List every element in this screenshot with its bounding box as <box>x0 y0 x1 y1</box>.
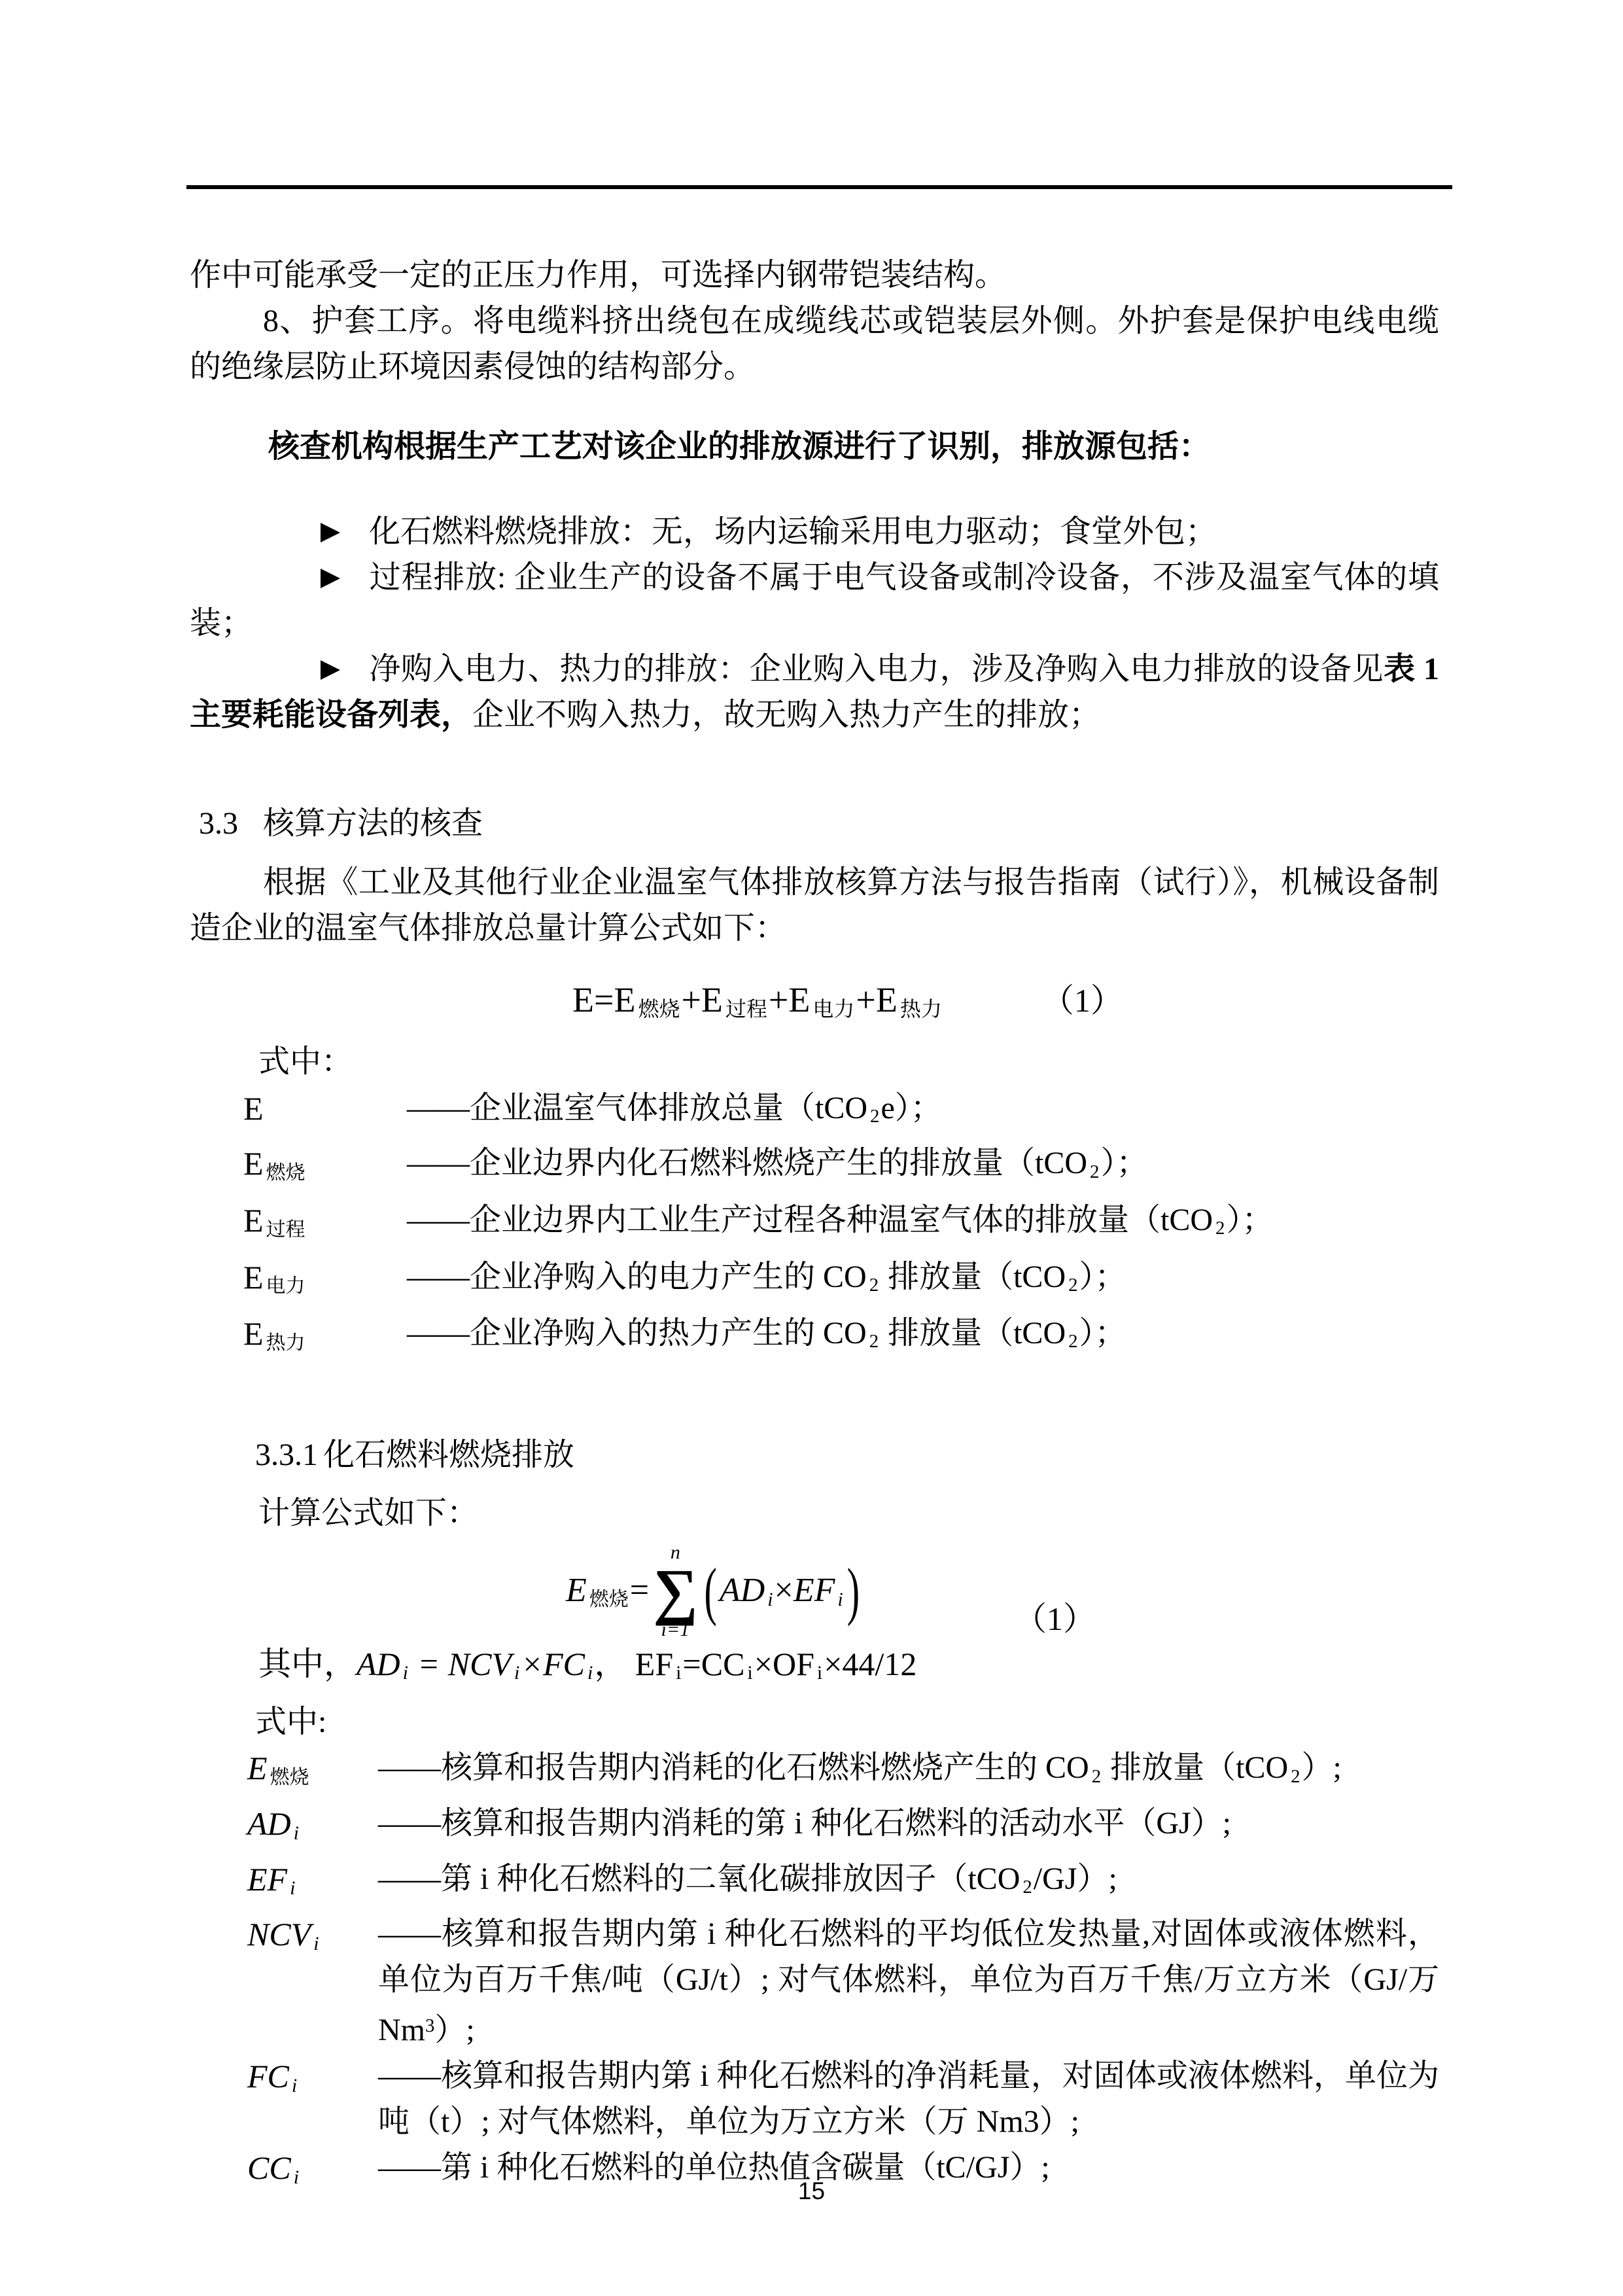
definition-symbol: FCi <box>247 2053 378 2109</box>
arrowhead-right-icon <box>321 523 340 542</box>
formula-expression: E=E燃烧+E过程+E电力+E热力 <box>572 980 943 1019</box>
document-page: 作中可能承受一定的正压力作用，可选择内钢带铠装结构。 8、护套工序。将电缆料挤出… <box>0 0 1623 2296</box>
sigma-stack: n ∑ i=1 <box>653 1543 697 1640</box>
definition-description: ——企业净购入的电力产生的 CO2 排放量（tCO2）； <box>407 1254 1439 1309</box>
page-number: 15 <box>0 2178 1623 2205</box>
definition-symbol: NCVi <box>247 1911 378 1967</box>
total-emission-formula: E=E燃烧+E过程+E电力+E热力（1） <box>572 975 1439 1034</box>
formula-lhs: E燃烧= <box>566 1571 649 1612</box>
definition-row: ADi ——核算和报告期内消耗的第 i 种化石燃料的活动水平（GJ）; <box>190 1801 1439 1856</box>
terms-intro-label: 式中: <box>255 1699 1439 1745</box>
section-title: 化石燃料燃烧排放 <box>323 1438 574 1472</box>
definition-symbol: E <box>243 1085 407 1132</box>
definition-description: ——核算和报告期内第 i 种化石燃料的平均低位发热量,对固体或液体燃料，单位为百… <box>378 1911 1439 2053</box>
definition-description: ——第 i 种化石燃料的二氧化碳排放因子（tCO2/GJ）; <box>378 1856 1439 1910</box>
section-title: 核算方法的核查 <box>263 806 483 841</box>
definition-row: E电力 ——企业净购入的电力产生的 CO2 排放量（tCO2）； <box>190 1254 1439 1311</box>
arrowhead-right-icon <box>321 660 340 680</box>
sigma-symbol: ∑ <box>653 1563 697 1620</box>
emission-sources-list: 化石燃料燃烧排放：无，场内运输采用电力驱动；食堂外包； 过程排放: 企业生产的设… <box>190 509 1439 738</box>
where-line: 其中，ADi = NCVi×FCi， EFi=CCi×OFi×44/12 <box>258 1638 1439 1700</box>
section-3-3-1-heading: 3.3.1化石燃料燃烧排放 <box>255 1432 1439 1478</box>
section-3-3-heading: 3.3核算方法的核查 <box>190 801 1439 847</box>
definition-symbol: E燃烧 <box>243 1140 407 1197</box>
section-number: 3.3.1 <box>255 1438 318 1472</box>
definition-description: ——企业边界内化石燃料燃烧产生的排放量（tCO2）； <box>407 1140 1439 1195</box>
calc-formula-intro: 计算公式如下： <box>258 1491 1439 1536</box>
methodology-intro-paragraph: 根据《工业及其他行业企业温室气体排放核算方法与报告指南（试行）》，机械设备制造企… <box>190 860 1439 951</box>
definition-symbol: ADi <box>247 1801 378 1856</box>
bullet-text: 化石燃料燃烧排放：无，场内运输采用电力驱动；食堂外包； <box>369 514 1217 549</box>
definition-description: ——企业温室气体排放总量（tCO2e）； <box>407 1085 1439 1140</box>
definition-description: ——核算和报告期内消耗的化石燃料燃烧产生的 CO2 排放量（tCO2）; <box>378 1745 1439 1799</box>
definition-symbol: E热力 <box>243 1310 407 1367</box>
definition-symbol: EFi <box>247 1856 378 1912</box>
definition-row: E燃烧 ——核算和报告期内消耗的化石燃料燃烧产生的 CO2 排放量（tCO2）; <box>190 1745 1439 1801</box>
definition-list-total: E ——企业温室气体排放总量（tCO2e）； E燃烧 ——企业边界内化石燃料燃烧… <box>190 1085 1439 1367</box>
bullet-text: 过程排放: 企业生产的设备不属于电气设备或制冷设备，不涉及温室气体的填装； <box>190 560 1439 641</box>
terms-intro-label: 式中： <box>258 1039 1439 1085</box>
continuation-paragraph: 作中可能承受一定的正压力作用，可选择内钢带铠装结构。 <box>190 253 1439 298</box>
definition-list-combustion: E燃烧 ——核算和报告期内消耗的化石燃料燃烧产生的 CO2 排放量（tCO2）;… <box>190 1745 1439 2200</box>
emission-sources-heading: 核查机构根据生产工艺对该企业的排放源进行了识别，排放源包括： <box>190 424 1439 470</box>
definition-row: E热力 ——企业净购入的热力产生的 CO2 排放量（tCO2）； <box>190 1310 1439 1367</box>
definition-description: ——企业边界内工业生产过程各种温室气体的排放量（tCO2）； <box>407 1197 1439 1252</box>
paren-close: ) <box>847 1554 860 1629</box>
arrowhead-right-icon <box>321 569 340 588</box>
list-item: 过程排放: 企业生产的设备不属于电气设备或制冷设备，不涉及温室气体的填装； <box>190 555 1439 646</box>
formula-body: ADi×EFi <box>720 1571 845 1611</box>
definition-row: E燃烧 ——企业边界内化石燃料燃烧产生的排放量（tCO2）； <box>190 1140 1439 1197</box>
formula-number: （1） <box>1014 1593 1096 1640</box>
definition-row: EFi ——第 i 种化石燃料的二氧化碳排放因子（tCO2/GJ）; <box>190 1856 1439 1912</box>
combustion-formula: E燃烧= n ∑ i=1 ( ADi×EFi ) （1） <box>190 1536 1439 1638</box>
definition-row: FCi ——核算和报告期内第 i 种化石燃料的净消耗量，对固体或液体燃料，单位为… <box>190 2053 1439 2145</box>
definition-symbol: E过程 <box>243 1197 407 1254</box>
list-item: 化石燃料燃烧排放：无，场内运输采用电力驱动；食堂外包； <box>190 509 1439 555</box>
page-content: 作中可能承受一定的正压力作用，可选择内钢带铠装结构。 8、护套工序。将电缆料挤出… <box>190 0 1439 2200</box>
combustion-formula-line: E燃烧= n ∑ i=1 ( ADi×EFi ) <box>566 1543 862 1640</box>
sigma-lower-limit: i=1 <box>661 1620 690 1640</box>
paren-open: ( <box>705 1554 717 1629</box>
definition-row: E ——企业温室气体排放总量（tCO2e）； <box>190 1085 1439 1140</box>
definition-row: E过程 ——企业边界内工业生产过程各种温室气体的排放量（tCO2）； <box>190 1197 1439 1254</box>
sheath-process-paragraph: 8、护套工序。将电缆料挤出绕包在成缆线芯或铠装层外侧。外护套是保护电线电缆的绝缘… <box>190 298 1439 390</box>
definition-symbol: E电力 <box>243 1254 407 1311</box>
top-spacer <box>190 0 1439 253</box>
definition-symbol: E燃烧 <box>247 1745 378 1801</box>
section-number: 3.3 <box>199 806 238 841</box>
definition-description: ——核算和报告期内消耗的第 i 种化石燃料的活动水平（GJ）; <box>378 1801 1439 1846</box>
definition-row: NCVi ——核算和报告期内第 i 种化石燃料的平均低位发热量,对固体或液体燃料… <box>190 1911 1439 2053</box>
definition-description: ——企业净购入的热力产生的 CO2 排放量（tCO2）； <box>407 1310 1439 1365</box>
definition-description: ——核算和报告期内第 i 种化石燃料的净消耗量，对固体或液体燃料，单位为吨（t）… <box>378 2053 1439 2145</box>
list-item: 净购入电力、热力的排放：企业购入电力，涉及净购入电力排放的设备见表 1 主要耗能… <box>190 646 1439 738</box>
formula-number: （1） <box>1041 982 1123 1019</box>
bullet-text: 净购入电力、热力的排放：企业购入电力，涉及净购入电力排放的设备见表 1 主要耗能… <box>190 652 1439 732</box>
